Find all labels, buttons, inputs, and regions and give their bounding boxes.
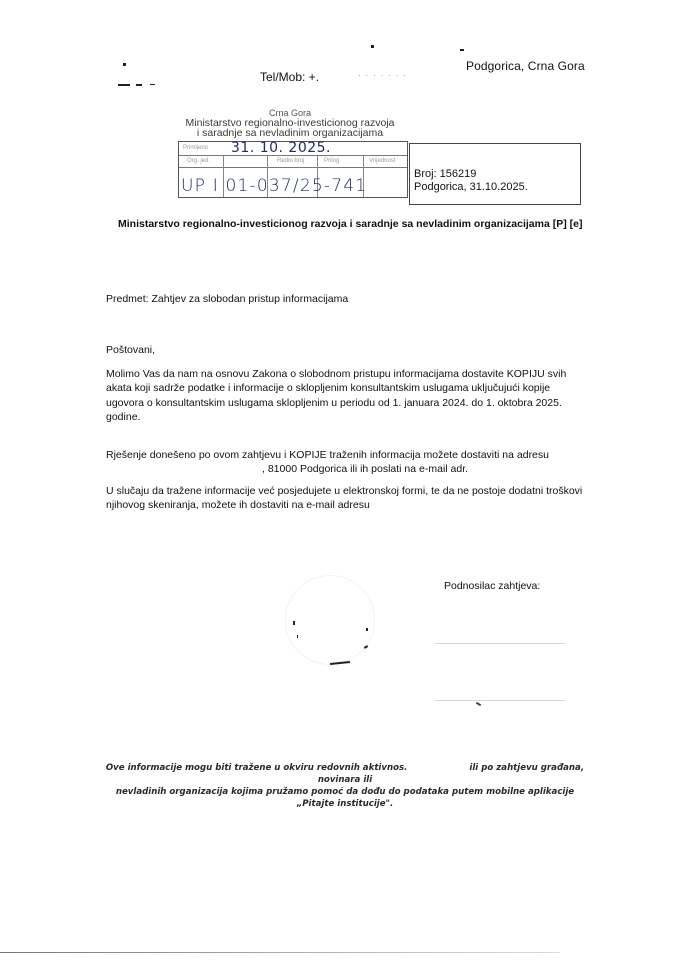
scan-artifact <box>123 63 126 66</box>
signature-line <box>435 643 565 644</box>
sender-phone-label: Tel/Mob: +. <box>260 70 319 84</box>
signature-line <box>435 700 565 701</box>
handwritten-case-number: UP I 01-037/25-741 <box>181 176 367 196</box>
footer-line2: nevladinih organizacija kojima pružamo p… <box>100 786 590 798</box>
scan-artifact <box>371 45 374 48</box>
stamp-col-number: Redni broj <box>277 158 304 164</box>
delivery-line1: Rješenje donešeno po ovom zahtjevu i KOP… <box>106 449 549 461</box>
delivery-paragraph: Rješenje donešeno po ovom zahtjevu i KOP… <box>106 448 586 477</box>
sender-city-country: Podgorica, Crna Gora <box>466 59 585 73</box>
footer-line1-part1: Ove informacije mogu biti tražene u okvi… <box>106 763 408 773</box>
seal-artifact <box>297 635 298 638</box>
footer-line1: Ove informacije mogu biti tražene u okvi… <box>100 762 590 786</box>
registry-box: Broj: 156219 Podgorica, 31.10.2025. <box>409 143 581 205</box>
registry-number: Broj: 156219 <box>414 168 580 181</box>
seal-artifact <box>364 645 368 649</box>
stamp-received-label: Primljeno <box>183 145 208 151</box>
recipient: Ministarstvo regionalno-investicionog ra… <box>118 218 582 230</box>
scan-artifact <box>460 49 464 51</box>
signature-artifact <box>476 702 481 706</box>
scan-artifact <box>118 84 130 86</box>
greeting: Poštovani, <box>106 343 586 357</box>
scan-artifact <box>150 84 155 85</box>
subject-line: Predmet: Zahtjev za slobodan pristup inf… <box>106 292 586 306</box>
stamp-col-value: Vrijednost <box>369 158 395 164</box>
reception-stamp-table: Primljeno Org. jed. Redni broj Prilog Vr… <box>178 141 408 198</box>
seal-artifact <box>293 621 295 625</box>
seal-artifact <box>366 628 368 631</box>
footer-note: Ove informacije mogu biti tražene u okvi… <box>100 762 590 810</box>
registry-place-date: Podgorica, 31.10.2025. <box>414 181 580 194</box>
reception-stamp-heading: Crna Gora Ministarstvo regionalno-invest… <box>172 108 408 138</box>
signature-label: Podnosilac zahtjeva: <box>444 580 540 592</box>
seal-trace <box>285 575 375 665</box>
handwritten-received-date: 31. 10. 2025. <box>231 140 331 156</box>
stamp-ministry-line2: i saradnje sa nevladinim organizacijama <box>172 128 408 138</box>
stamp-col-attachment: Prilog <box>324 158 339 164</box>
stamp-col-org: Org. jed. <box>187 158 210 164</box>
electronic-delivery-paragraph: U slučaju da tražene informacije već pos… <box>106 484 586 513</box>
scan-edge <box>0 952 560 953</box>
request-paragraph: Molimo Vas da nam na osnovu Zakona o slo… <box>106 367 586 425</box>
scan-artifact <box>136 84 142 86</box>
stamp-columns-row: Org. jed. Redni broj Prilog Vrijednost <box>179 156 407 168</box>
delivery-line2: , 81000 Podgorica ili ih poslati na e-ma… <box>106 462 586 476</box>
sender-phone-redacted: · · · · · · · <box>358 70 407 80</box>
footer-line3: „Pitajte institucije". <box>100 798 590 810</box>
